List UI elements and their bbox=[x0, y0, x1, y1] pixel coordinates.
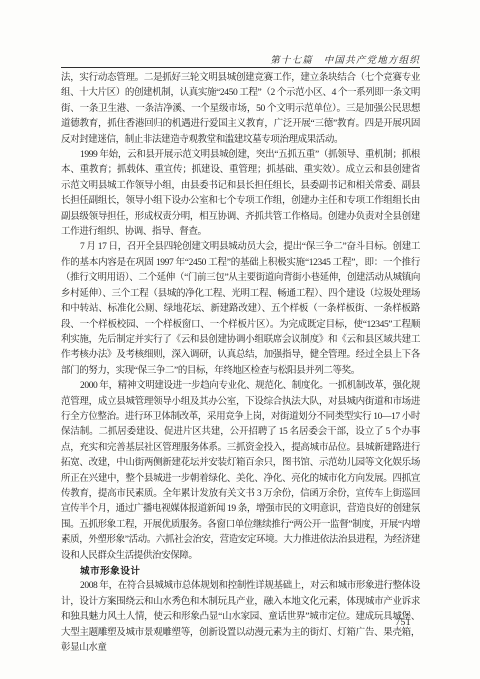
body-paragraph-2000: 2000 年，精神文明建设进一步趋向专业化、规范化、制度化。一抓机制改革，强化规… bbox=[61, 379, 420, 564]
body-paragraph-july17: 7 月 17 日，召开全县四轮创建文明县城动员大会，提出“保三争二”奋斗目标。创… bbox=[61, 240, 420, 379]
body-text-block: 法，实行动态管理。二是抓好三轮文明县城创建竞赛工作，建立条块结合（七个竞赛专业组… bbox=[61, 71, 420, 656]
running-head-rule bbox=[61, 67, 420, 68]
body-paragraph-1999: 1999 年始，云和县开展示范文明县城创建，突出“五抓五重”（抓领导、重机制；抓… bbox=[61, 148, 420, 240]
body-paragraph-continued: 法，实行动态管理。二是抓好三轮文明县城创建竞赛工作，建立条块结合（七个竞赛专业组… bbox=[61, 71, 420, 148]
book-page: 第十七篇 中国共产党地方组织 法，实行动态管理。二是抓好三轮文明县城创建竞赛工作… bbox=[0, 0, 480, 679]
page-number: 751 bbox=[61, 618, 411, 628]
running-head: 第十七篇 中国共产党地方组织 bbox=[61, 52, 420, 66]
section-heading-city-image-design: 城市形象设计 bbox=[61, 564, 420, 579]
